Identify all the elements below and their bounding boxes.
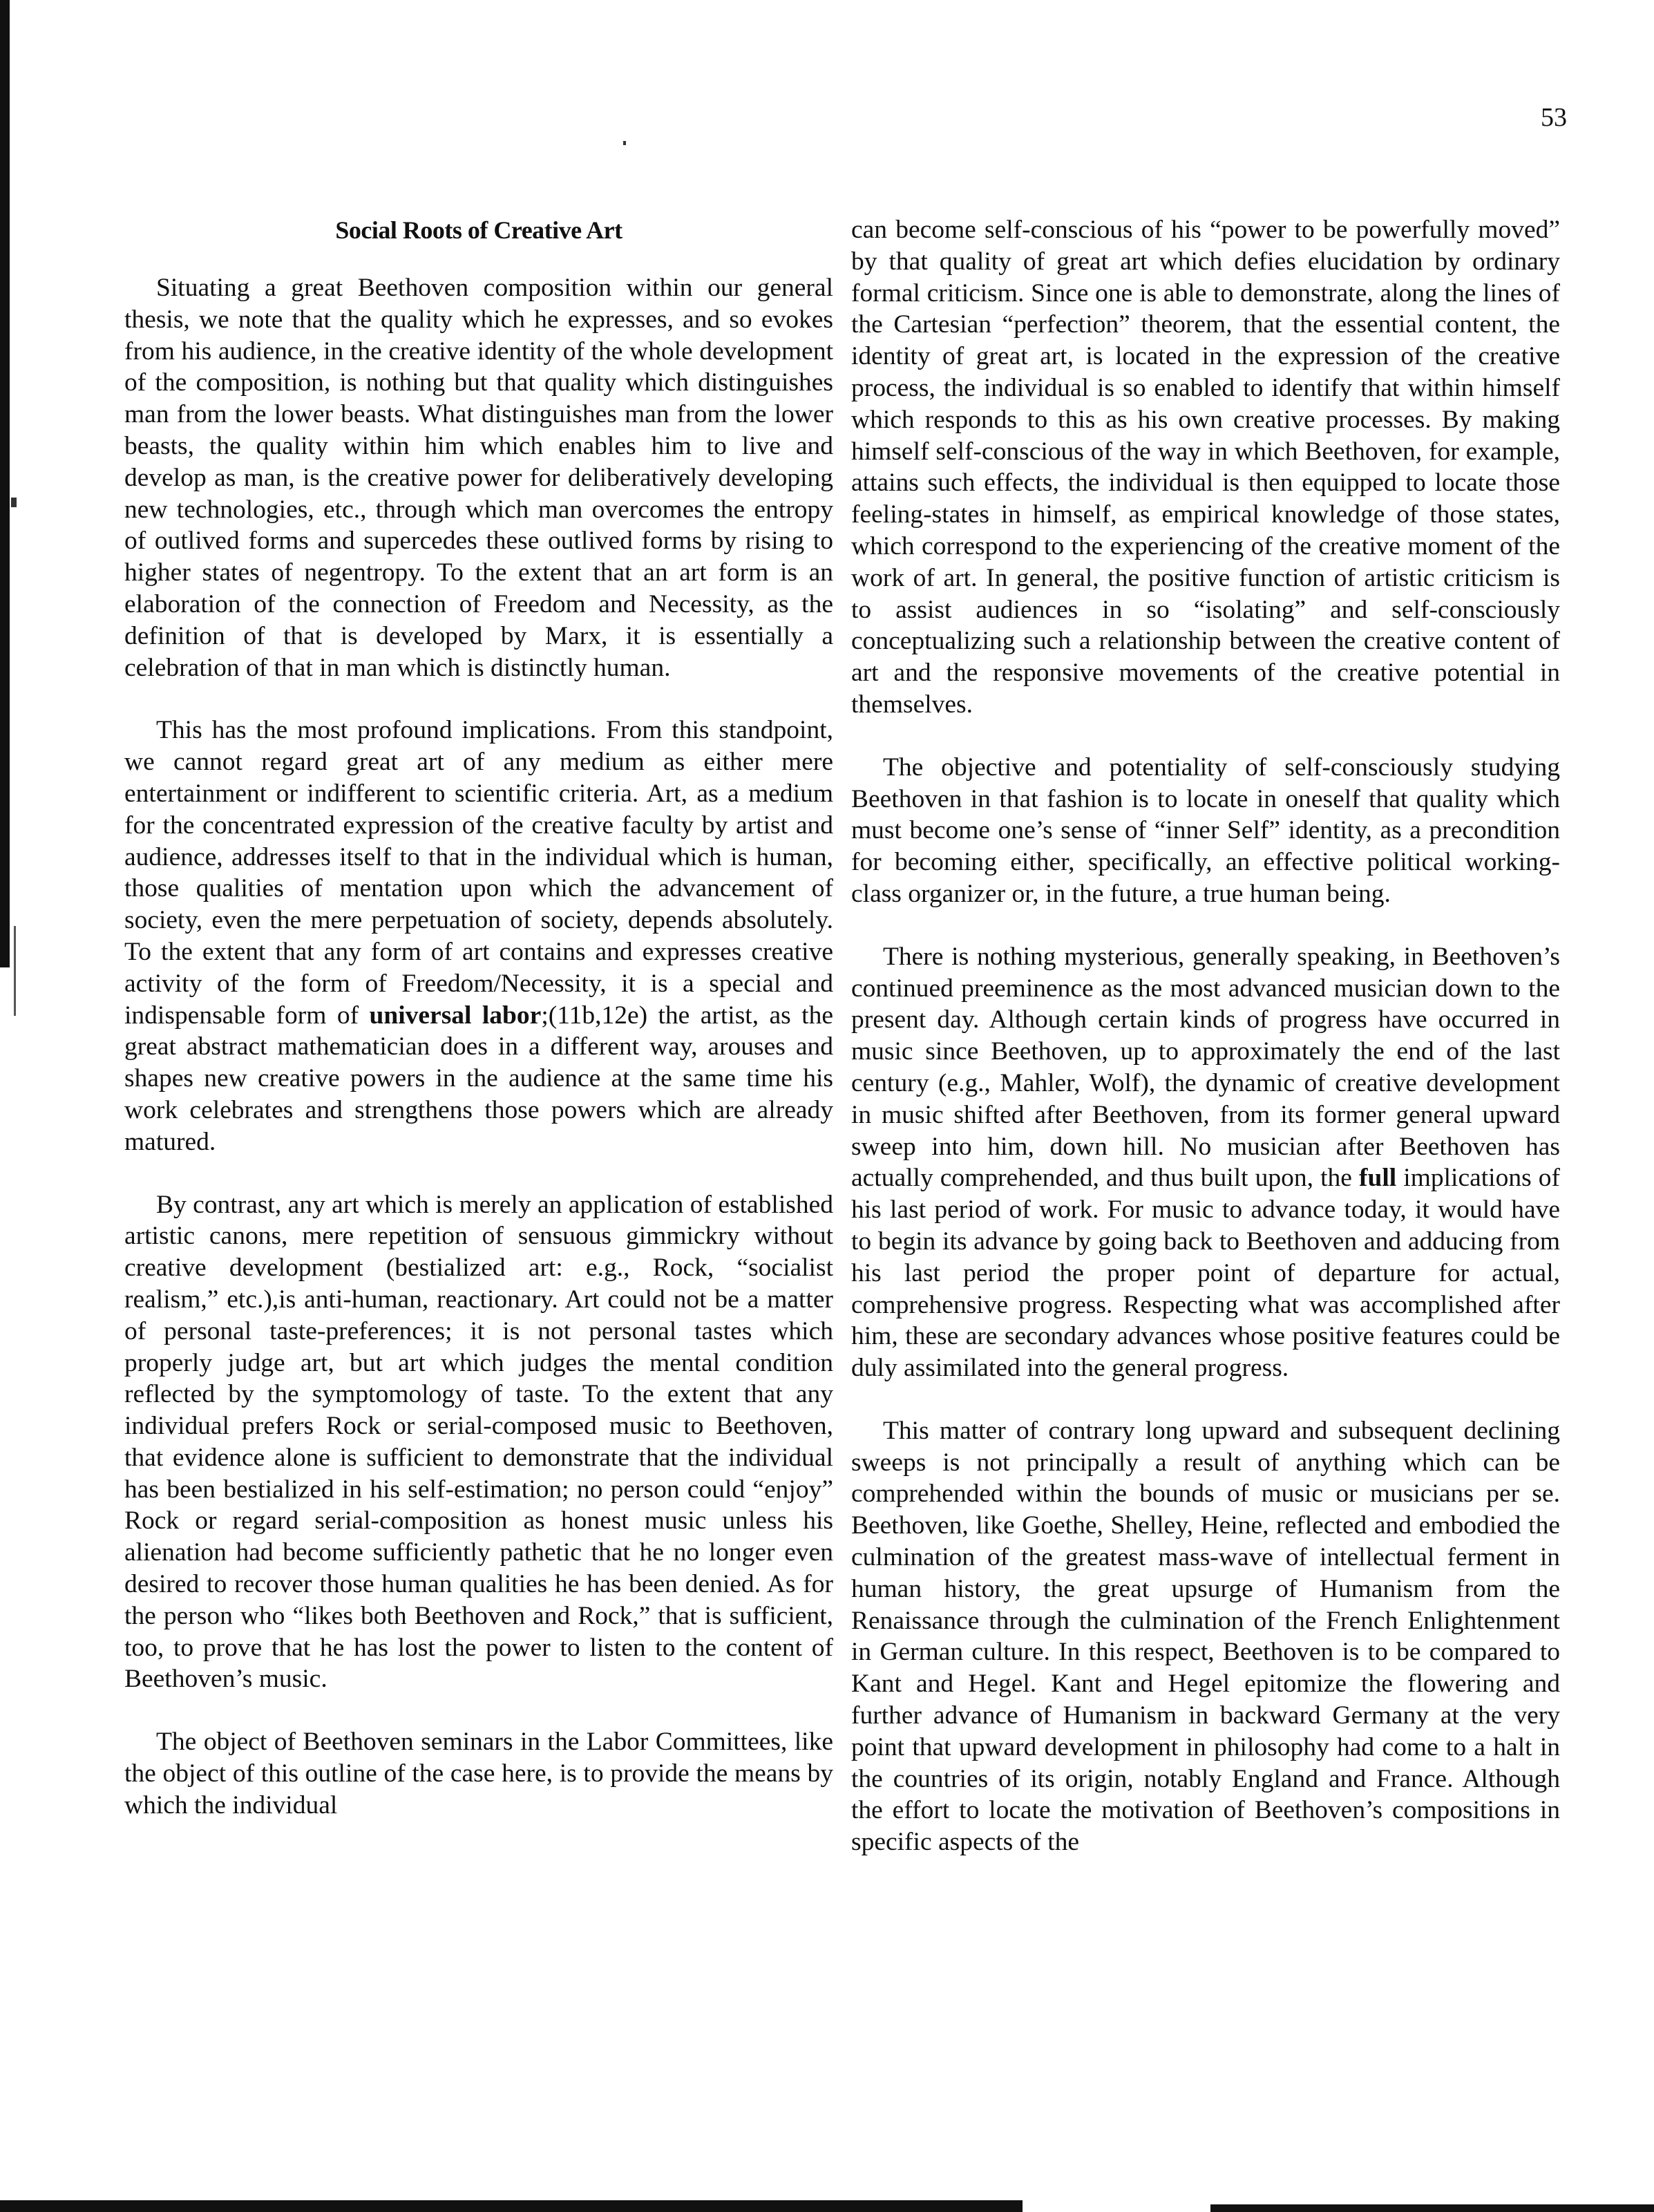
bold-term: universal labor bbox=[370, 1001, 542, 1030]
page-number: 53 bbox=[1541, 102, 1567, 133]
paragraph-text: There is nothing mysterious, generally s… bbox=[851, 943, 1560, 1193]
scan-dust-mark bbox=[623, 141, 626, 145]
paragraph: The object of Beethoven seminars in the … bbox=[124, 1726, 833, 1821]
scan-binding-edge bbox=[0, 0, 10, 967]
section-heading: Social Roots of Creative Art bbox=[124, 214, 833, 246]
paragraph: Situating a great Beethoven composition … bbox=[124, 272, 833, 683]
paragraph-continuation: can become self-conscious of his “power … bbox=[851, 214, 1560, 721]
scan-bottom-edge-right bbox=[1210, 2204, 1654, 2212]
paragraph: This matter of contrary long upward and … bbox=[851, 1415, 1560, 1858]
paragraph: The objective and potentiality of self-c… bbox=[851, 752, 1560, 910]
left-column: Social Roots of Creative Art Situating a… bbox=[124, 214, 833, 1853]
paragraph: By contrast, any art which is merely an … bbox=[124, 1189, 833, 1696]
bold-term: full bbox=[1359, 1164, 1396, 1192]
paragraph-text: implications of his last period of work.… bbox=[851, 1164, 1560, 1382]
scan-edge-mark bbox=[11, 498, 17, 507]
paragraph: There is nothing mysterious, generally s… bbox=[851, 941, 1560, 1384]
paragraph-text: This has the most profound implications.… bbox=[124, 716, 833, 1029]
paragraph: This has the most profound implications.… bbox=[124, 715, 833, 1157]
scan-edge-line bbox=[14, 926, 16, 1016]
scan-bottom-edge-left bbox=[0, 2200, 1023, 2212]
right-column: can become self-conscious of his “power … bbox=[851, 214, 1560, 1889]
